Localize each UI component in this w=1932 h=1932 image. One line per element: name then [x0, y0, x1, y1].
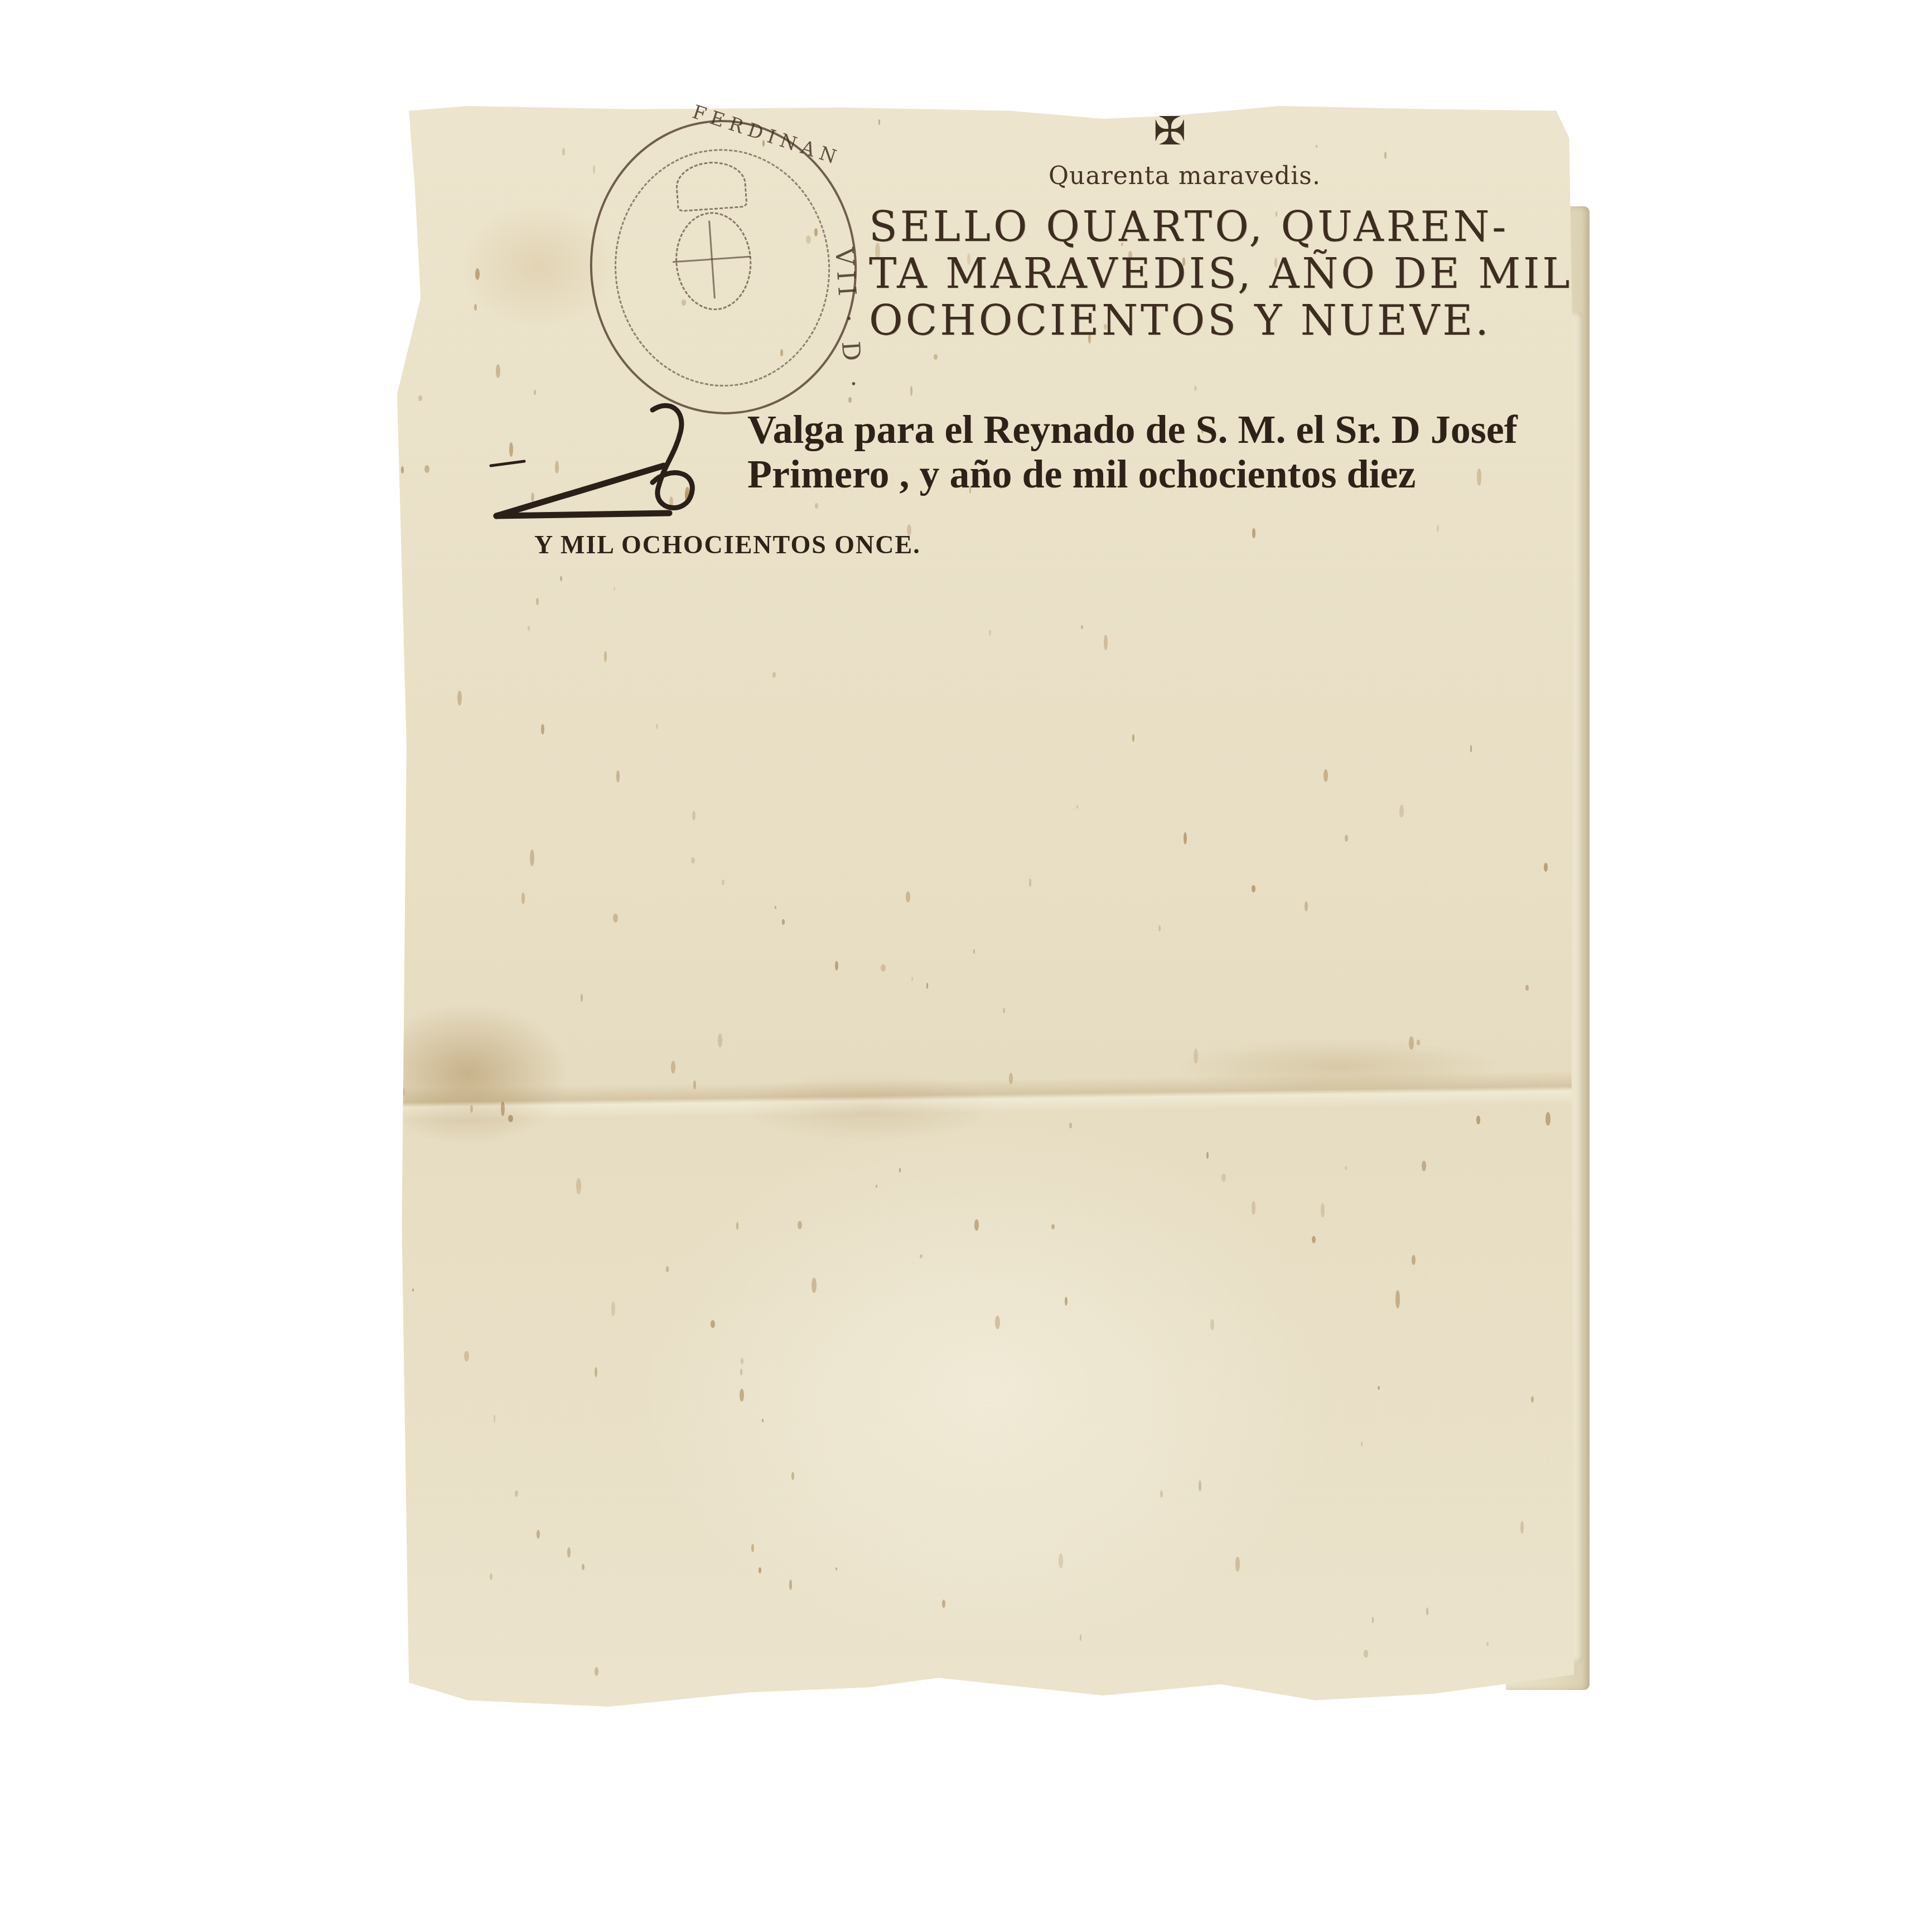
foxing-speck: [501, 1102, 505, 1116]
foxing-speck: [1470, 745, 1472, 752]
foxing-speck: [1104, 635, 1108, 650]
foxing-speck: [666, 1266, 669, 1272]
foxing-speck: [740, 1369, 742, 1376]
foxing-speck: [1076, 805, 1078, 809]
foxing-speck: [693, 1080, 696, 1089]
foxing-speck: [1059, 1553, 1063, 1568]
photo-stage: FERDINAN VII · D · ✠ Quarenta maravedis.…: [0, 0, 1932, 1932]
foxing-speck: [848, 397, 852, 403]
foxing-speck: [1324, 769, 1328, 781]
foxing-speck: [474, 304, 476, 311]
foxing-speck: [418, 395, 422, 402]
foxing-speck: [496, 364, 500, 378]
foxing-speck: [604, 651, 607, 661]
foxing-speck: [576, 1178, 581, 1194]
document-page: [397, 106, 1574, 1707]
foxing-speck: [1029, 878, 1032, 886]
foxing-speck: [906, 891, 911, 902]
foxing-speck: [1345, 1166, 1347, 1170]
foxing-speck: [457, 690, 462, 706]
foxing-speck: [782, 919, 785, 925]
habilitation-text: Valga para el Reynado de S. M. el Sr. D …: [747, 407, 1518, 496]
foxing-speck: [762, 1419, 764, 1423]
foxing-speck: [593, 165, 595, 174]
foxing-speck: [1426, 1607, 1428, 1615]
foxing-speck: [835, 961, 839, 970]
foxing-speck: [1065, 1297, 1068, 1306]
foxing-speck: [1399, 805, 1404, 817]
foxing-speck: [736, 1222, 738, 1230]
foxing-speck: [973, 949, 975, 953]
foxing-speck: [791, 1472, 794, 1480]
foxing-speck: [926, 983, 928, 989]
foxing-speck: [1345, 835, 1347, 842]
foxing-speck: [775, 906, 776, 909]
foxing-speck: [412, 1288, 414, 1292]
foxing-speck: [1252, 528, 1255, 538]
foxing-speck: [562, 148, 565, 156]
foxing-speck: [1422, 1161, 1427, 1172]
foxing-speck: [1080, 1634, 1082, 1641]
foxing-speck: [899, 1168, 901, 1172]
foxing-speck: [989, 630, 992, 636]
foxing-speck: [772, 672, 776, 678]
foxing-speck: [1305, 901, 1307, 911]
foxing-speck: [536, 598, 538, 605]
foxing-speck: [1520, 1521, 1524, 1533]
foxing-speck: [1361, 1442, 1363, 1447]
foxing-speck: [1395, 1290, 1400, 1309]
rubric-flourish-icon: [485, 399, 731, 527]
foxing-speck: [614, 587, 615, 591]
foxing-speck: [530, 849, 534, 867]
foxing-speck: [1069, 1123, 1073, 1128]
foxing-speck: [934, 354, 937, 360]
foxing-speck: [671, 1061, 675, 1073]
foxing-speck: [835, 1567, 838, 1571]
foxing-speck: [1417, 1040, 1420, 1045]
foxing-speck: [402, 1088, 405, 1097]
foxing-speck: [534, 390, 537, 395]
foxing-speck: [1321, 1203, 1325, 1218]
foxing-speck: [920, 1254, 922, 1258]
foxing-speck: [711, 1320, 714, 1328]
foxing-speck: [1051, 1224, 1055, 1229]
foxing-speck: [1437, 525, 1439, 532]
foxing-speck: [1364, 1650, 1369, 1658]
foxing-speck: [494, 1414, 496, 1423]
foxing-speck: [1132, 734, 1134, 742]
habilitation-line: Primero , y año de mil ochocientos diez: [747, 452, 1518, 496]
foxing-speck: [1252, 885, 1255, 892]
foxing-speck: [995, 1316, 999, 1329]
habilitation-footer: Y MIL OCHOCIENTOS ONCE.: [534, 530, 921, 559]
denomination-line: Quarenta maravedis.: [1049, 162, 1321, 190]
foxing-speck: [515, 1490, 518, 1498]
foxing-speck: [1003, 1008, 1006, 1013]
habilitation-line: Valga para el Reynado de S. M. el Sr. D …: [747, 407, 1518, 452]
foxing-speck: [528, 626, 530, 631]
foxing-speck: [815, 503, 818, 509]
foxing-speck: [582, 1564, 585, 1571]
foxing-speck: [1158, 925, 1161, 931]
foxing-speck: [567, 1547, 571, 1558]
foxing-speck: [464, 1351, 469, 1361]
foxing-speck: [1081, 625, 1083, 629]
foxing-speck: [656, 724, 658, 729]
foxing-speck: [521, 892, 525, 904]
foxing-speck: [424, 465, 429, 473]
foxing-speck: [1545, 1112, 1550, 1126]
foxing-speck: [1235, 1557, 1240, 1572]
fold-crease: [397, 1071, 1574, 1120]
foxing-speck: [878, 119, 881, 125]
foxing-speck: [1009, 1073, 1013, 1084]
foxing-speck: [1476, 1115, 1480, 1124]
foxing-speck: [1412, 1255, 1416, 1265]
stamp-line: ochocientos y nueve.: [869, 297, 1538, 344]
foxing-speck: [1194, 1049, 1198, 1064]
foxing-speck: [1486, 1642, 1489, 1646]
foxing-speck: [1194, 386, 1197, 391]
foxing-speck: [691, 857, 695, 864]
foxing-speck: [1378, 1386, 1380, 1390]
foxing-speck: [475, 268, 480, 280]
foxing-speck: [560, 576, 563, 581]
foxing-speck: [508, 1115, 513, 1122]
foxing-speck: [1160, 1490, 1163, 1498]
foxing-speck: [1531, 1396, 1534, 1403]
foxing-speck: [692, 811, 695, 820]
foxing-speck: [541, 724, 544, 734]
foxing-speck: [718, 1033, 722, 1047]
foxing-speck: [1221, 1173, 1226, 1182]
foxing-speck: [812, 1278, 816, 1293]
stamp-line: ta maravedis, año de mil: [869, 250, 1538, 297]
foxing-speck: [537, 1530, 540, 1539]
foxing-speck: [722, 880, 725, 885]
foxing-speck: [910, 386, 913, 396]
foxing-speck: [974, 1219, 979, 1231]
foxing-speck: [876, 1185, 878, 1188]
foxing-speck: [1372, 1617, 1374, 1622]
foxing-speck: [1206, 1152, 1209, 1159]
foxing-speck: [1525, 985, 1529, 991]
foxing-speck: [1409, 1036, 1414, 1050]
foxing-speck: [400, 1439, 405, 1448]
stamp-text: Sello quarto, quaren- ta maravedis, año …: [869, 204, 1538, 344]
foxing-speck: [1210, 1319, 1215, 1330]
foxing-speck: [881, 964, 886, 972]
foxing-speck: [1252, 1201, 1255, 1215]
foxing-speck: [470, 1105, 473, 1113]
foxing-speck: [490, 1573, 492, 1580]
stamp-line: Sello quarto, quaren-: [869, 204, 1538, 250]
foxing-speck: [740, 1389, 744, 1402]
foxing-speck: [942, 1600, 945, 1608]
foxing-speck: [613, 914, 618, 922]
foxing-speck: [401, 466, 404, 474]
foxing-speck: [1544, 863, 1548, 872]
foxing-speck: [759, 1567, 761, 1573]
foxing-speck: [741, 1358, 743, 1364]
foxing-speck: [1184, 832, 1187, 845]
foxing-speck: [616, 770, 620, 783]
foxing-speck: [1316, 145, 1318, 148]
foxing-speck: [911, 977, 913, 982]
foxing-speck: [798, 1221, 802, 1229]
foxing-speck: [1312, 1236, 1316, 1244]
foxing-speck: [1384, 152, 1387, 158]
foxing-speck: [751, 1544, 754, 1552]
foxing-speck: [611, 1301, 615, 1316]
cross-icon: ✠: [1153, 112, 1186, 151]
foxing-speck: [1199, 1480, 1201, 1491]
foxing-speck: [789, 1580, 793, 1590]
foxing-speck: [595, 1367, 597, 1377]
foxing-speck: [595, 1667, 598, 1675]
foxing-speck: [581, 994, 583, 1002]
